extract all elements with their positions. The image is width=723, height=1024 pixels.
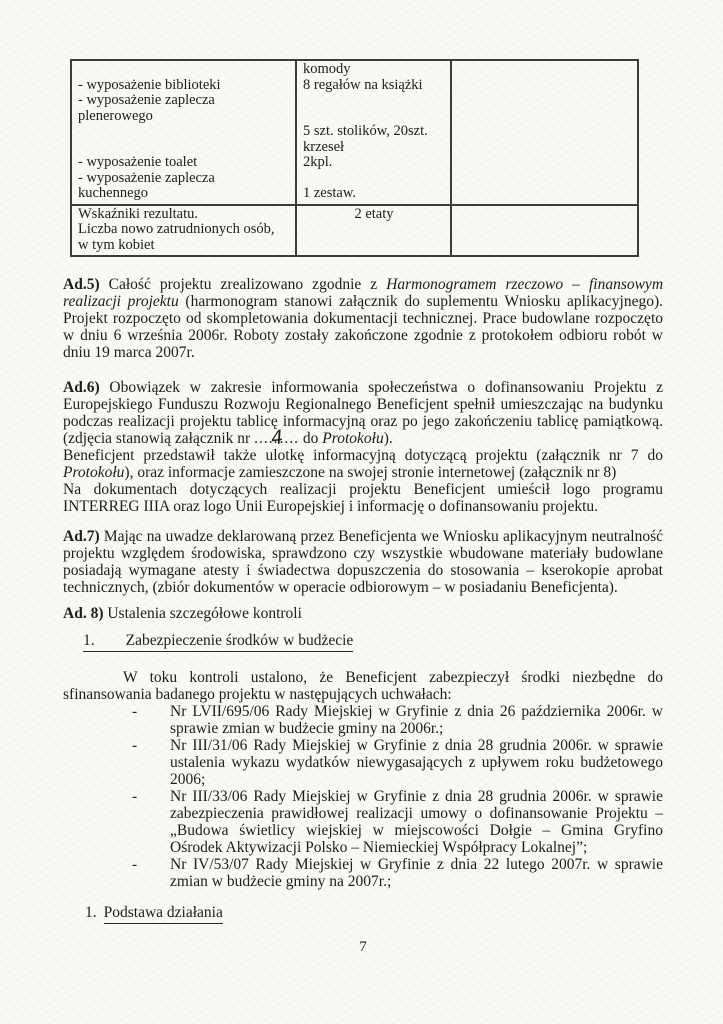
- bullet-dash: -: [132, 856, 170, 890]
- resolution-text: Nr III/33/06 Rady Miejskiej w Gryfinie z…: [170, 788, 663, 856]
- ad8-label: Ad. 8): [63, 605, 103, 622]
- handwritten-number: 4: [271, 432, 284, 443]
- section-heading-budget: 1.Zabezpieczenie środków w budżecie: [83, 631, 663, 652]
- paragraph-ad6: Ad.6) Obowiązek w zakresie informowania …: [63, 379, 663, 515]
- resolution-text: Nr LVII/695/06 Rady Miejskiej w Gryfinie…: [170, 703, 663, 737]
- bullet-dash: -: [132, 703, 170, 737]
- resolution-item: - Nr IV/53/07 Rady Miejskiej w Gryfinie …: [132, 856, 663, 890]
- ad6-text: ), oraz informacje zamieszczone na swoje…: [124, 464, 616, 481]
- bullet-dash: -: [132, 788, 170, 856]
- ad6-text: Na dokumentach dotyczących realizacji pr…: [63, 481, 663, 515]
- equipment-list-cell: - wyposażenie biblioteki - wyposażenie z…: [71, 60, 296, 205]
- section-heading-underline: 1.Zabezpieczenie środków w budżecie: [83, 631, 353, 652]
- table-row: - wyposażenie biblioteki - wyposażenie z…: [71, 60, 638, 205]
- indicators-table: - wyposażenie biblioteki - wyposażenie z…: [70, 59, 639, 257]
- ad6-label: Ad.6): [63, 379, 100, 396]
- equipment-quantities-cell: komody 8 regałów na książki 5 szt. stoli…: [296, 60, 451, 205]
- ad6-line3: Na dokumentach dotyczących realizacji pr…: [63, 481, 663, 515]
- resolution-item: - Nr III/33/06 Rady Miejskiej w Gryfinie…: [132, 788, 663, 856]
- section-title: Podstawa działania: [104, 903, 223, 924]
- resolution-item: - Nr III/31/06 Rady Miejskiej w Gryfinie…: [132, 737, 663, 788]
- ad7-text: Mając na uwadze deklarowaną przez Benefi…: [63, 528, 663, 596]
- ad7-label: Ad.7): [63, 528, 100, 545]
- resolution-item: - Nr LVII/695/06 Rady Miejskiej w Gryfin…: [132, 703, 663, 737]
- ad6-line1: Ad.6) Obowiązek w zakresie informowania …: [63, 379, 663, 447]
- section-number: 1.: [83, 632, 95, 649]
- table-row: Wskaźniki rezultatu. Liczba nowo zatrudn…: [71, 205, 638, 257]
- ad5-label: Ad.5): [63, 276, 100, 293]
- ad6-italic: Protokołu: [322, 430, 383, 447]
- intro-paragraph: W toku kontroli ustalono, że Beneficjent…: [63, 669, 663, 703]
- paragraph-ad8: Ad. 8) Ustalenia szczegółowe kontroli: [63, 605, 663, 622]
- ad8-text: Ustalenia szczegółowe kontroli: [103, 605, 301, 622]
- scanned-document-page: - wyposażenie biblioteki - wyposażenie z…: [0, 0, 723, 1024]
- resolution-text: Nr IV/53/07 Rady Miejskiej w Gryfinie z …: [170, 856, 663, 890]
- empty-cell: [451, 60, 638, 205]
- ad6-text: ).: [384, 430, 393, 447]
- ad6-text: do: [299, 430, 322, 447]
- section-heading-legal-basis: 1.Podstawa działania: [85, 903, 663, 924]
- result-indicators-cell: Wskaźniki rezultatu. Liczba nowo zatrudn…: [71, 205, 296, 257]
- section-number: 1.: [85, 904, 97, 921]
- resolution-text: Nr III/31/06 Rady Miejskiej w Gryfinie z…: [170, 737, 663, 788]
- ad6-line2: Beneficjent przedstawił także ulotkę inf…: [63, 447, 663, 481]
- result-value-cell: 2 etaty: [296, 205, 451, 257]
- empty-cell: [451, 205, 638, 257]
- paragraph-ad5: Ad.5) Całość projektu zrealizowano zgodn…: [63, 276, 663, 361]
- paragraph-ad7: Ad.7) Mając na uwadze deklarowaną przez …: [63, 528, 663, 596]
- page-number: 7: [63, 939, 663, 956]
- bullet-dash: -: [132, 737, 170, 788]
- ad6-text: Beneficjent przedstawił także ulotkę inf…: [63, 447, 663, 464]
- section-title: Zabezpieczenie środków w budżecie: [126, 632, 354, 649]
- ad6-italic: Protokołu: [63, 464, 124, 481]
- ad5-text: Całość projektu zrealizowano zgodnie z: [100, 276, 387, 293]
